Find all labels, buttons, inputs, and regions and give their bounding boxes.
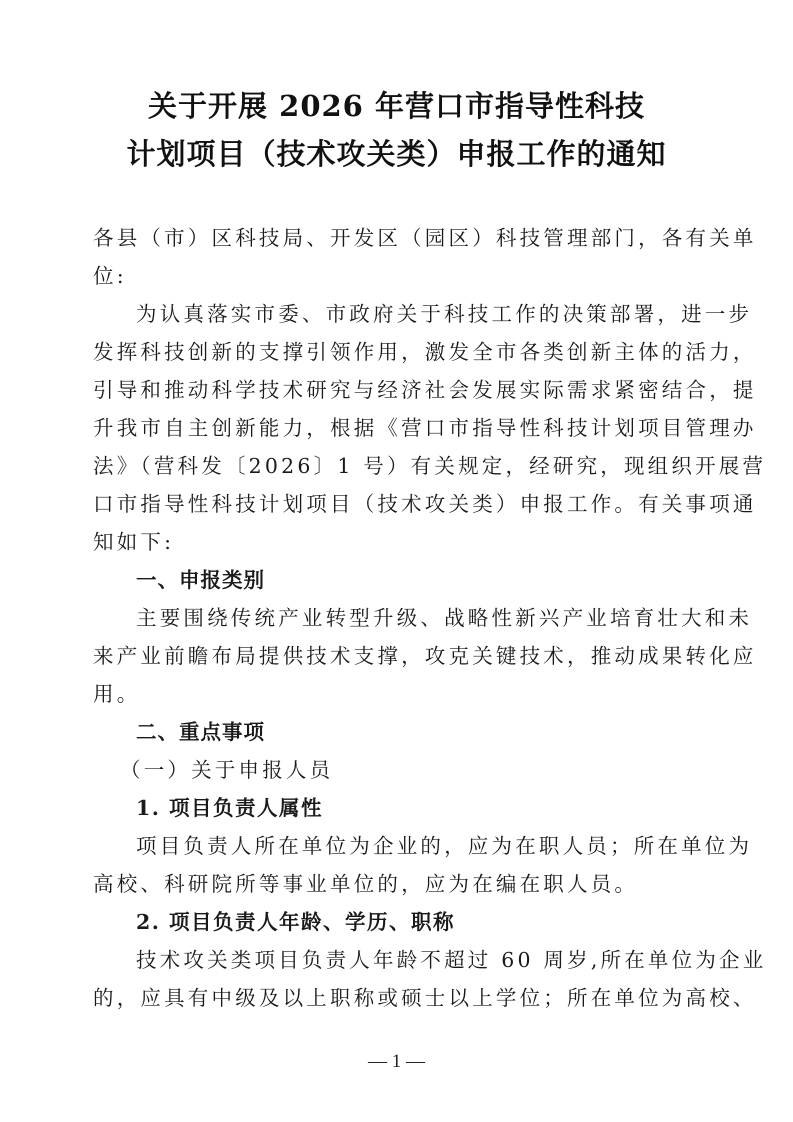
- document-title-line-1: 关于开展 2026 年营口市指导性科技: [0, 88, 793, 124]
- intro-paragraph-line: 法》（营科发〔2026〕1 号）有关规定，经研究，现组织开展营: [93, 452, 703, 480]
- intro-paragraph-line: 知如下:: [93, 528, 703, 556]
- document-title-line-2: 计划项目（技术攻关类）申报工作的通知: [0, 136, 793, 172]
- item-2-paragraph-line: 的，应具有中级及以上职称或硕士以上学位；所在单位为高校、: [93, 984, 703, 1012]
- page-number: — 1 —: [0, 1050, 793, 1074]
- intro-paragraph-line: 发挥科技创新的支撑引领作用，激发全市各类创新主体的活力，: [93, 338, 703, 366]
- intro-paragraph-line: 升我市自主创新能力，根据《营口市指导性科技计划项目管理办: [93, 414, 703, 442]
- item-2-paragraph-line: 技术攻关类项目负责人年龄不超过 60 周岁,所在单位为企业: [136, 946, 703, 974]
- intro-paragraph-line: 口市指导性科技计划项目（技术攻关类）申报工作。有关事项通: [93, 490, 703, 518]
- section-1-heading: 一、申报类别: [136, 566, 703, 594]
- section-1-paragraph-line: 来产业前瞻布局提供技术支撑，攻克关键技术，推动成果转化应: [93, 642, 703, 670]
- intro-paragraph-line: 引导和推动科学技术研究与经济社会发展实际需求紧密结合，提: [93, 376, 703, 404]
- section-2-heading: 二、重点事项: [136, 718, 703, 746]
- section-2-subheading: （一）关于申报人员: [120, 756, 687, 784]
- item-2-heading: 2. 项目负责人年龄、学历、职称: [136, 908, 703, 936]
- section-1-paragraph-line: 主要围绕传统产业转型升级、战略性新兴产业培育壮大和未: [136, 604, 703, 632]
- section-1-paragraph-line: 用。: [93, 680, 703, 708]
- addressee-line-1: 各县（市）区科技局、开发区（园区）科技管理部门，各有关单: [93, 224, 703, 252]
- document-page: 关于开展 2026 年营口市指导性科技 计划项目（技术攻关类）申报工作的通知 各…: [0, 0, 793, 1122]
- item-1-paragraph-line: 项目负责人所在单位为企业的，应为在职人员；所在单位为: [136, 832, 703, 860]
- intro-paragraph-line: 为认真落实市委、市政府关于科技工作的决策部署，进一步: [136, 300, 703, 328]
- addressee-line-2: 位:: [93, 262, 703, 290]
- item-1-heading: 1. 项目负责人属性: [136, 794, 703, 822]
- item-1-paragraph-line: 高校、科研院所等事业单位的，应为在编在职人员。: [93, 870, 703, 898]
